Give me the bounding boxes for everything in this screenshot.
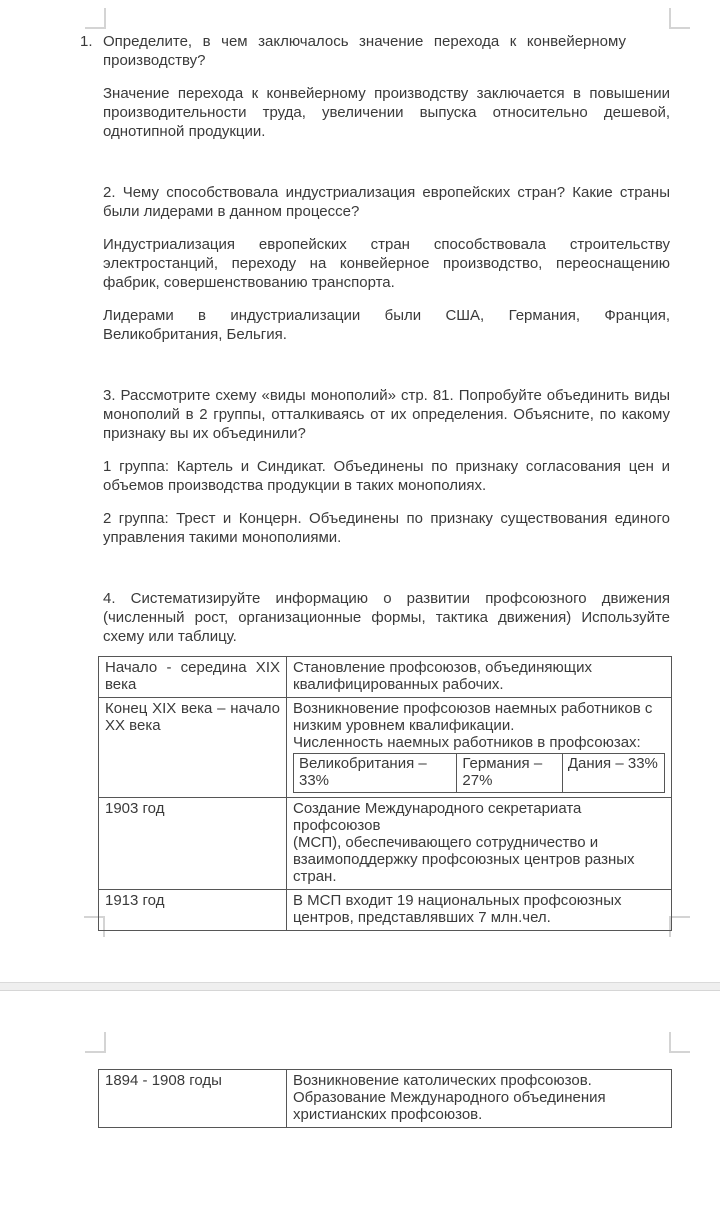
question-1-number: 1. — [80, 32, 93, 51]
answer-2b: Лидерами в индустриализации были США, Ге… — [103, 306, 670, 344]
answer-1: Значение перехода к конвейерному произво… — [103, 84, 670, 141]
description-cell: Становление профсоюзов, объединяющих ква… — [287, 657, 672, 698]
document-page-1: 1.Определите, в чем заключалось значение… — [103, 32, 670, 931]
description-intro: Возникновение профсоюзов наемных работни… — [293, 700, 665, 734]
description-cell: В МСП входит 19 национальных профсоюзных… — [287, 890, 672, 931]
answer-3a: 1 группа: Картель и Синдикат. Объединены… — [103, 457, 670, 495]
period-cell: 1903 год — [99, 798, 287, 890]
table-row: Конец XIX века – начало XX века Возникно… — [99, 698, 672, 798]
table-row: 1903 год Создание Международного секрета… — [99, 798, 672, 890]
trade-union-history-table-continued: 1894 - 1908 годы Возникновение католичес… — [98, 1069, 672, 1128]
page2-corner-mark-top-right — [669, 1032, 690, 1053]
question-2: 2. Чему способствовала индустриализация … — [103, 183, 670, 221]
membership-share-table: Великобритания – 33% Германия – 27% Дани… — [293, 753, 665, 793]
question-1-text: Определите, в чем заключалось значение п… — [103, 33, 626, 69]
description-cell: Возникновение католических профсоюзов. О… — [287, 1070, 672, 1128]
period-cell: 1894 - 1908 годы — [99, 1070, 287, 1128]
question-4: 4. Систематизируйте информацию о развити… — [103, 589, 670, 646]
description-cell: Создание Международного секретариата про… — [287, 798, 672, 890]
answer-2a: Индустриализация европейских стран спосо… — [103, 235, 670, 292]
description-cell: Возникновение профсоюзов наемных работни… — [287, 698, 672, 798]
question-3: 3. Рассмотрите схему «виды монополий» ст… — [103, 386, 670, 443]
table-row: 1913 год В МСП входит 19 национальных пр… — [99, 890, 672, 931]
membership-denmark-cell: Дания – 33% — [562, 754, 664, 793]
question-1: 1.Определите, в чем заключалось значение… — [103, 32, 626, 70]
table-row: 1894 - 1908 годы Возникновение католичес… — [99, 1070, 672, 1128]
page2-corner-mark-top-left — [85, 1032, 106, 1053]
table-row: Начало - середина XIX века Становление п… — [99, 657, 672, 698]
period-cell: 1913 год — [99, 890, 287, 931]
page1-corner-mark-bottom-right — [669, 916, 690, 937]
membership-uk-cell: Великобритания – 33% — [294, 754, 457, 793]
page-break-gap — [0, 982, 720, 991]
page1-corner-mark-top-right — [669, 8, 690, 29]
description-caption: Численность наемных работников в профсою… — [293, 734, 665, 751]
trade-union-history-table: Начало - середина XIX века Становление п… — [98, 656, 672, 931]
membership-germany-cell: Германия – 27% — [457, 754, 562, 793]
period-cell: Конец XIX века – начало XX века — [99, 698, 287, 798]
table-row: Великобритания – 33% Германия – 27% Дани… — [294, 754, 665, 793]
page1-corner-mark-top-left — [85, 8, 106, 29]
period-cell: Начало - середина XIX века — [99, 657, 287, 698]
answer-3b: 2 группа: Трест и Концерн. Объединены по… — [103, 509, 670, 547]
